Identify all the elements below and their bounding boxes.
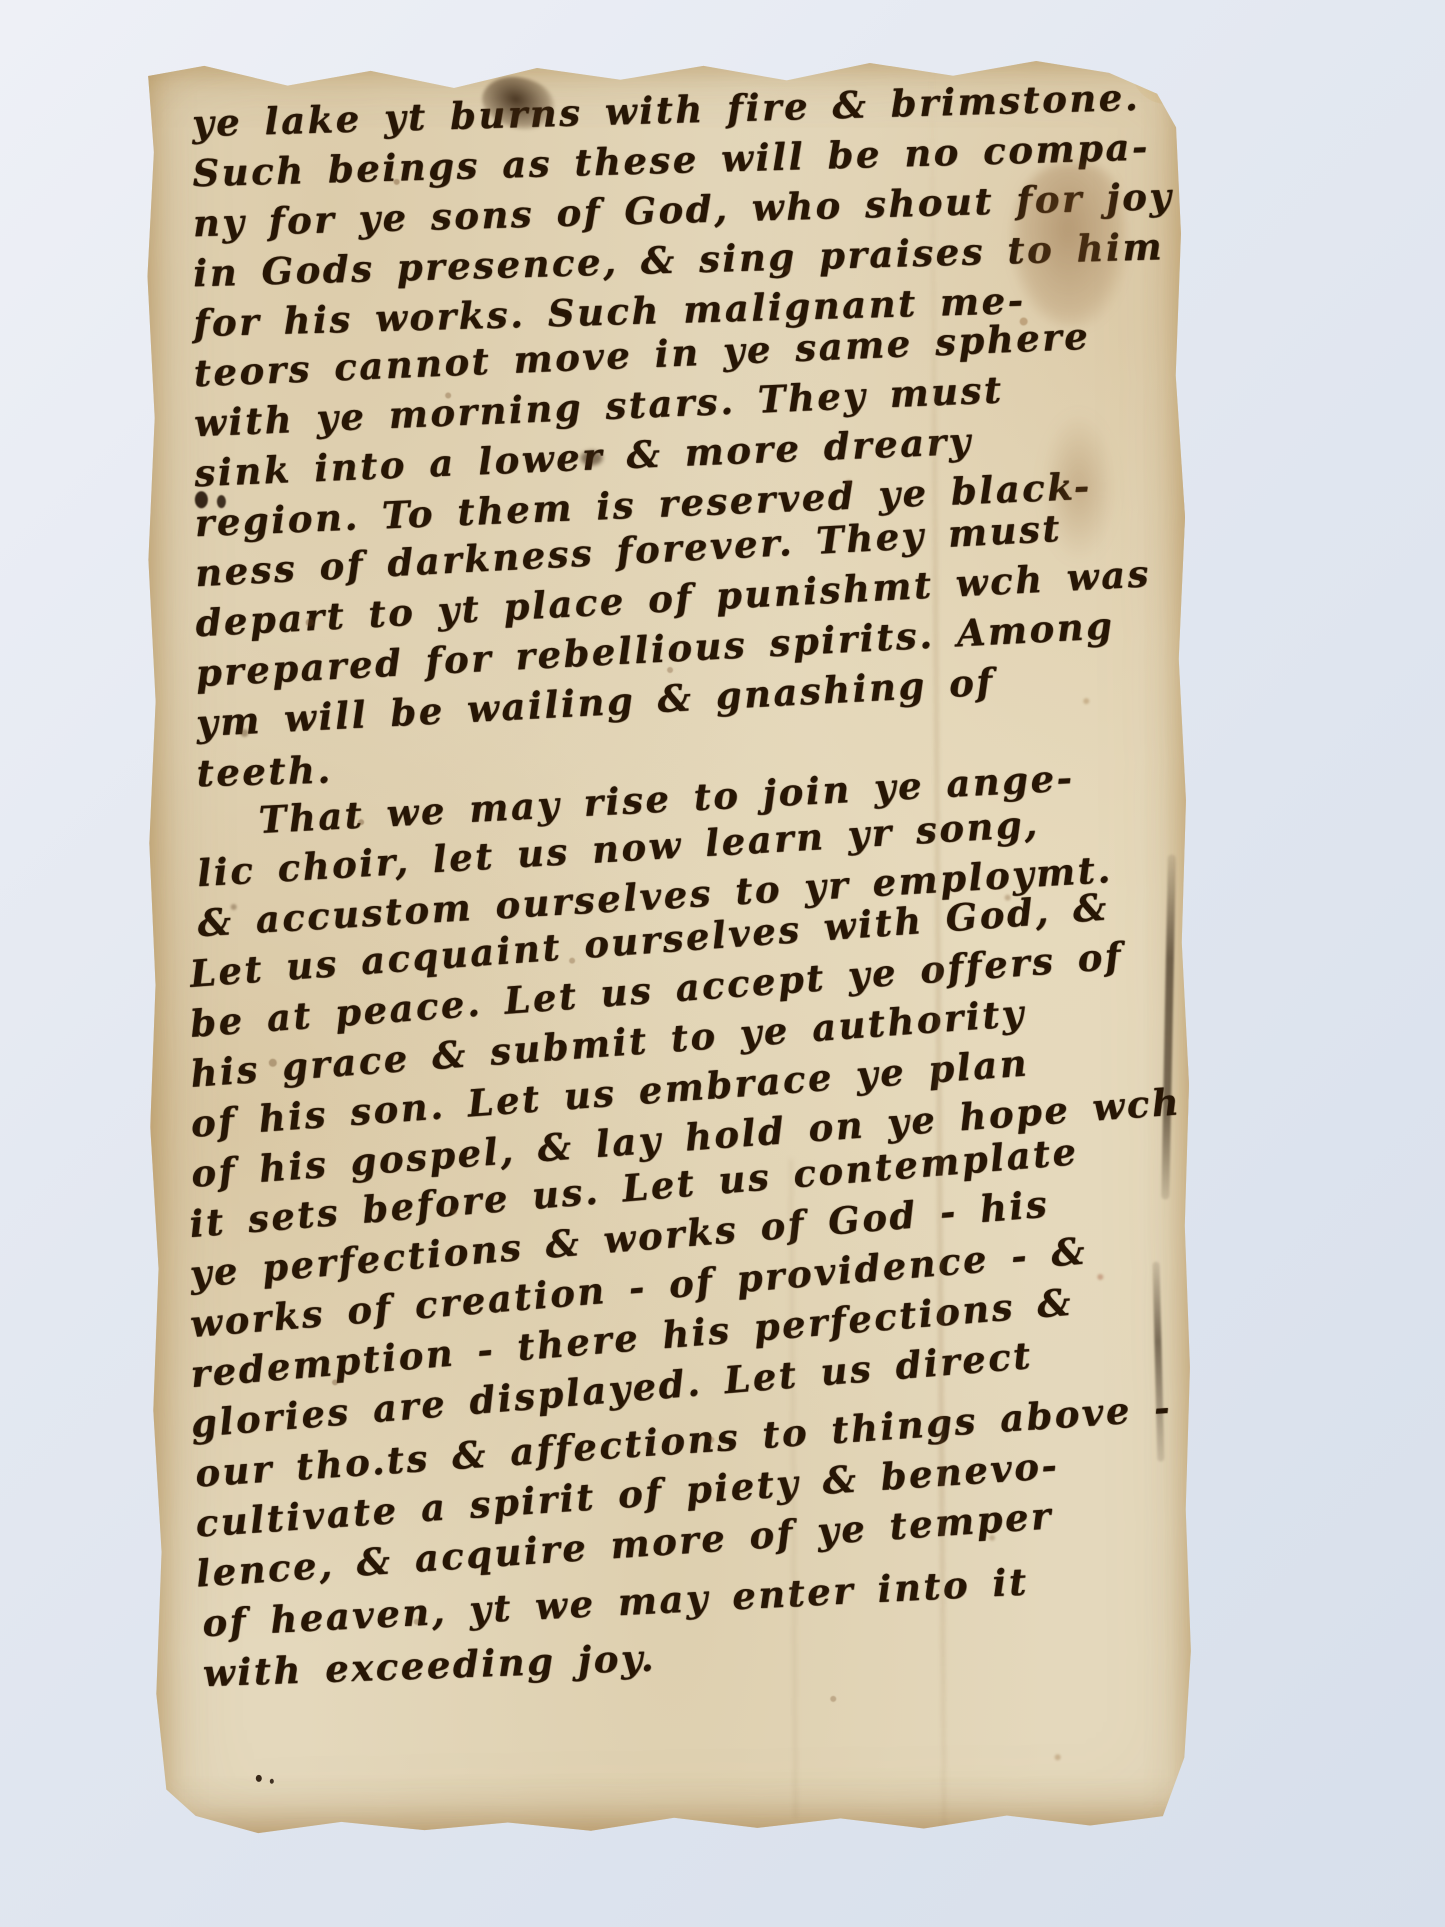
foxing-speckles xyxy=(142,64,146,68)
manuscript-photo: ye lake yt burns with fire & brimstone. … xyxy=(0,0,1445,1927)
paper-sheet: ye lake yt burns with fire & brimstone. … xyxy=(142,56,1194,1835)
ink-dots xyxy=(256,1775,262,1782)
edge-spot xyxy=(156,1801,172,1821)
handwritten-text: ye lake yt burns with fire & brimstone. … xyxy=(192,92,1168,1699)
